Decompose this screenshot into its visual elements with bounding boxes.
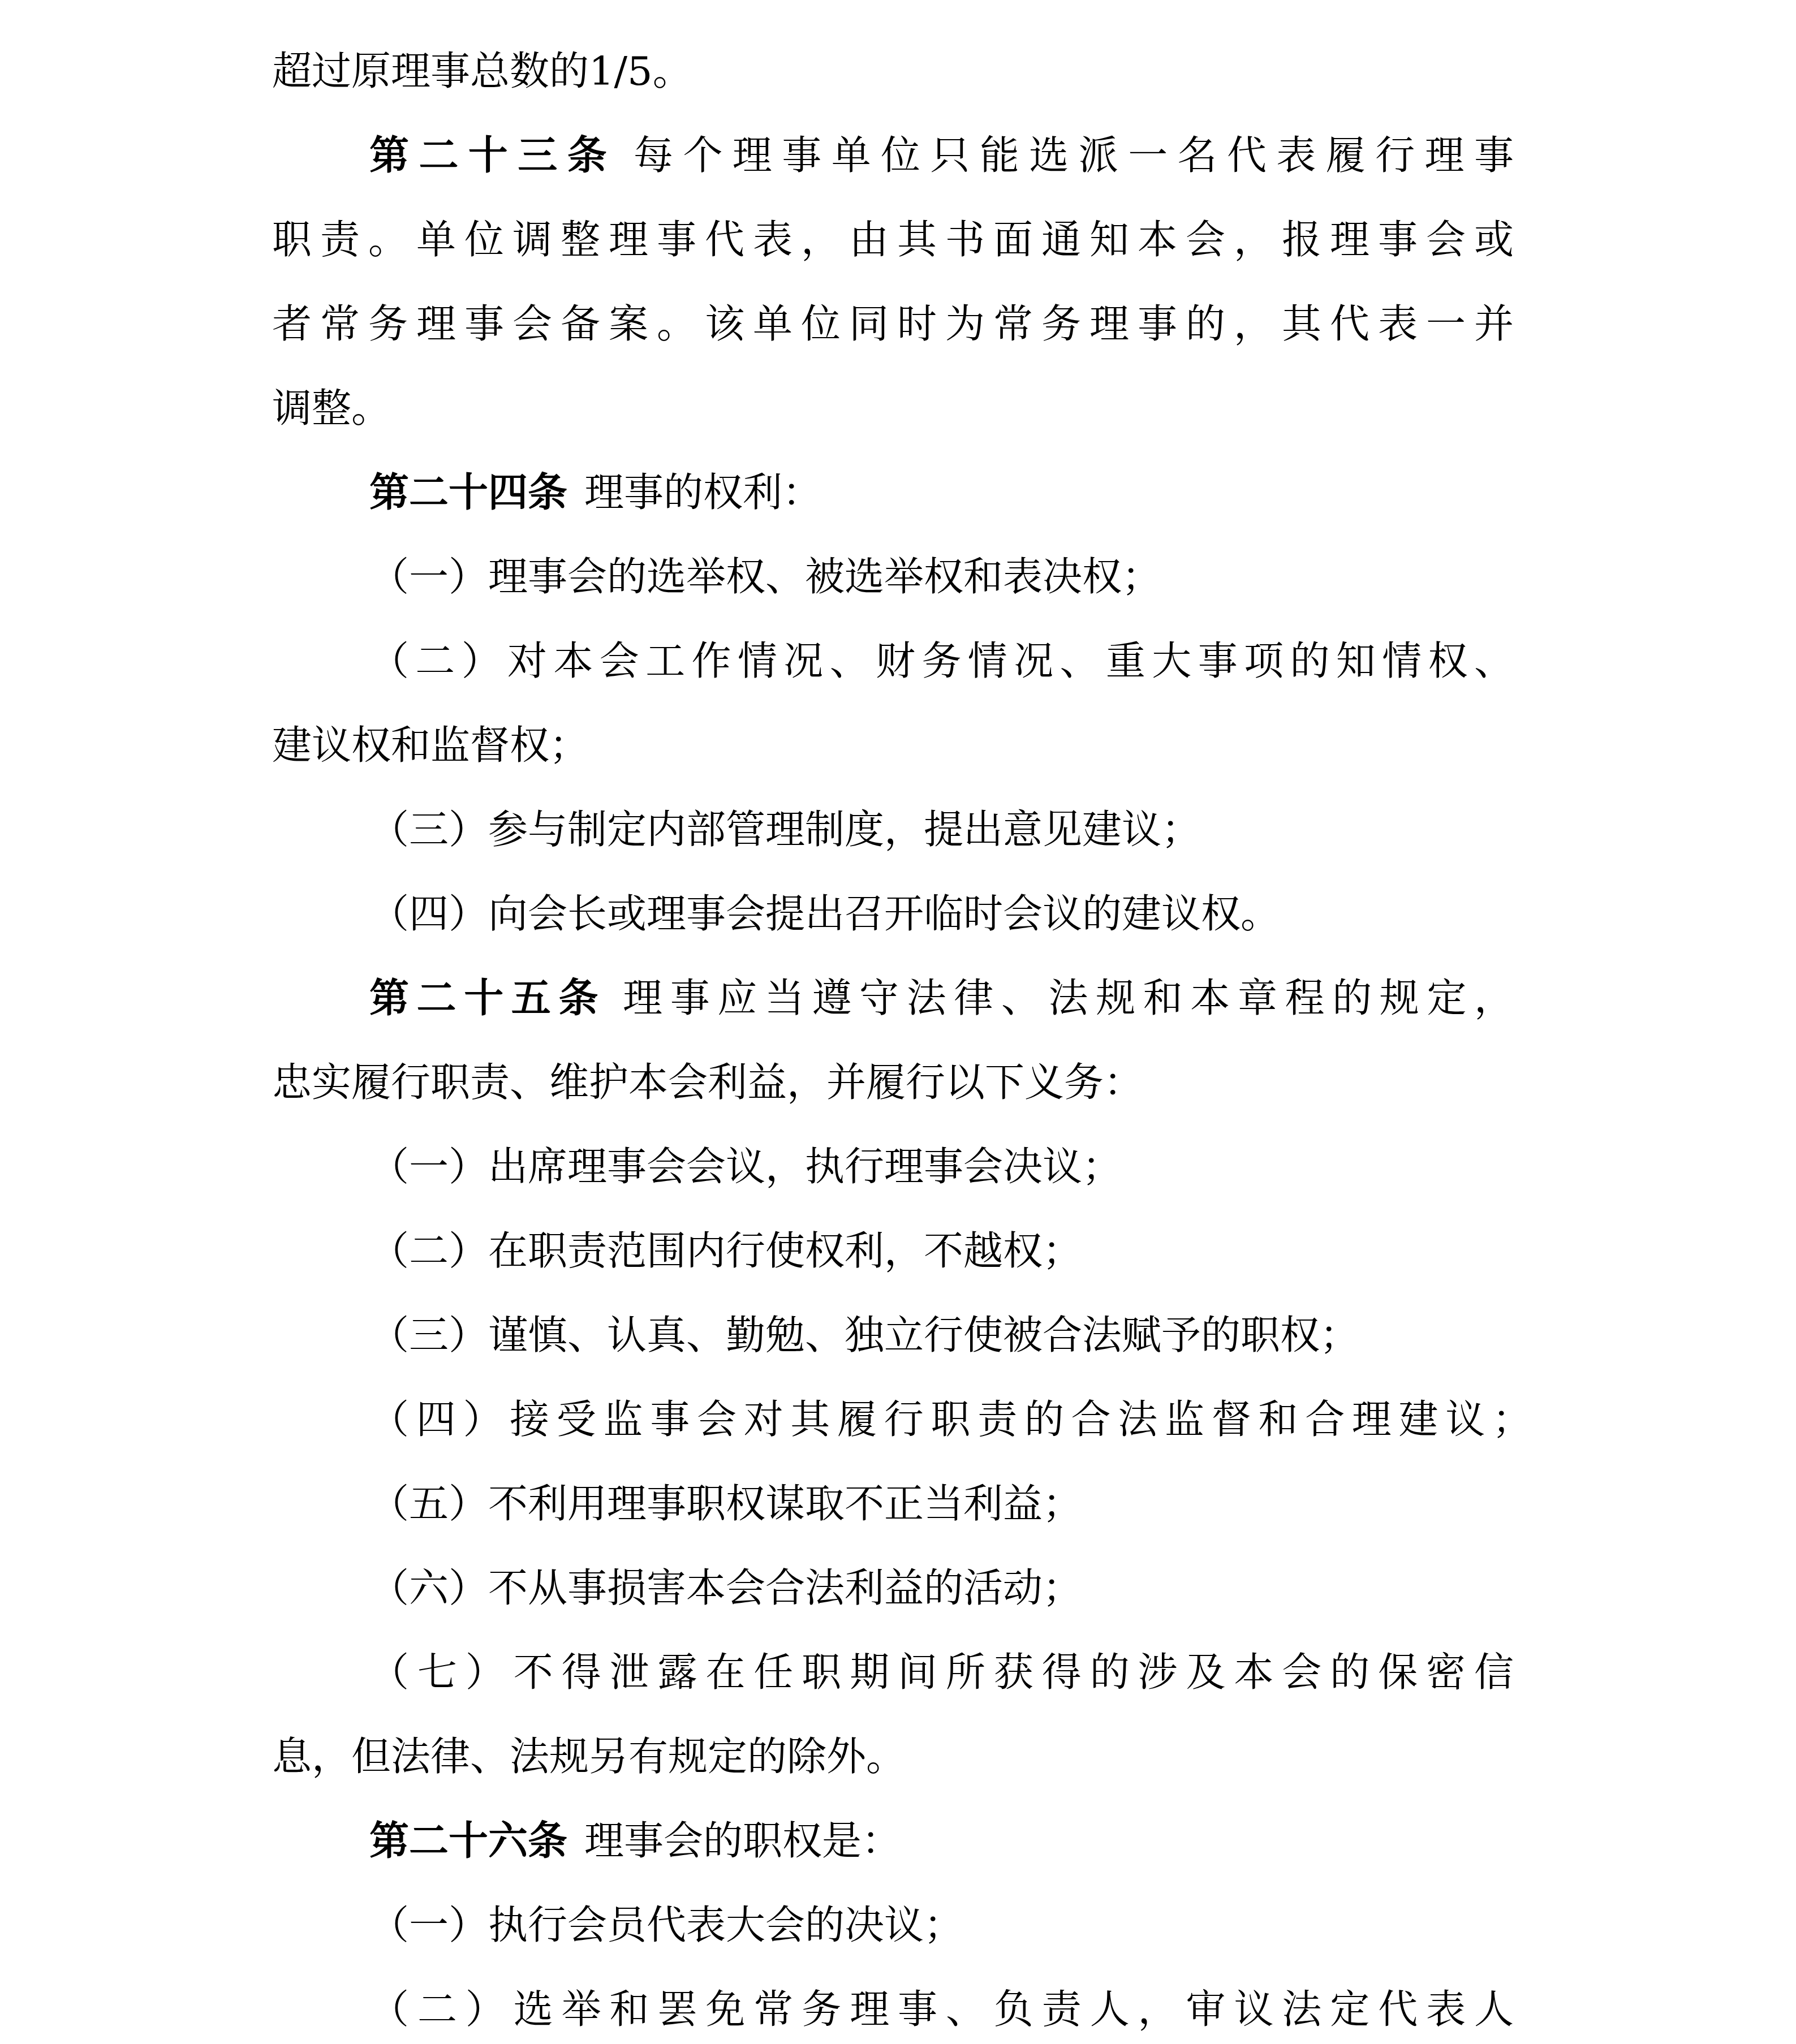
list-item: （六）不从事损害本会合法利益的活动； <box>369 1554 1082 1622</box>
text-line: 建议权和监督权； <box>272 711 589 779</box>
line-text: 理事的权利： <box>584 469 822 516</box>
line-text: （二）选举和罢免常务理事、负责人，审议法定代表人 <box>369 1986 1514 2033</box>
line-text: （一）理事会的选举权、被选举权和表决权； <box>369 554 1161 600</box>
line-text: 忠实履行职责、维护本会利益，并履行以下义务： <box>272 1059 1143 1106</box>
line-text: （一）出席理事会会议，执行理事会决议； <box>369 1144 1122 1190</box>
list-item: （五）不利用理事职权谋取不正当利益； <box>369 1470 1082 1538</box>
list-item: （四）接受监事会对其履行职责的合法监督和合理建议； <box>369 1386 1532 1454</box>
list-item: （一）执行会员代表大会的决议； <box>369 1891 963 1959</box>
article-number: 第二十六条 <box>369 1818 567 1864</box>
article-25-heading-line: 第二十五条理事应当遵守法律、法规和本章程的规定， <box>369 964 1514 1032</box>
list-item: （四）向会长或理事会提出召开临时会议的建议权。 <box>369 880 1280 948</box>
line-text: （四）向会长或理事会提出召开临时会议的建议权。 <box>369 891 1280 937</box>
line-text: （一）执行会员代表大会的决议； <box>369 1902 963 1948</box>
article-23-heading-line: 第二十三条每个理事单位只能选派一名代表履行理事 <box>369 122 1514 189</box>
line-text: （二）对本会工作情况、财务情况、重大事项的知情权、 <box>369 638 1514 684</box>
line-text: （二）在职责范围内行使权利，不越权； <box>369 1228 1082 1274</box>
list-item: （二）选举和罢免常务理事、负责人，审议法定代表人 <box>369 1976 1514 2043</box>
text-line: 息，但法律、法规另有规定的除外。 <box>272 1723 906 1791</box>
article-26-heading-line: 第二十六条理事会的职权是： <box>369 1807 901 1875</box>
list-item: （七）不得泄露在任职期间所获得的涉及本会的保密信 <box>369 1638 1514 1706</box>
line-text: 建议权和监督权； <box>272 722 589 769</box>
line-text: （四）接受监事会对其履行职责的合法监督和合理建议； <box>369 1396 1532 1443</box>
line-text: （三）谨慎、认真、勤勉、独立行使被合法赋予的职权； <box>369 1312 1359 1359</box>
line-text: （七）不得泄露在任职期间所获得的涉及本会的保密信 <box>369 1649 1514 1696</box>
text-line: 超过原理事总数的1/5。 <box>272 37 692 105</box>
article-number: 第二十五条 <box>369 975 606 1021</box>
line-text: （六）不从事损害本会合法利益的活动； <box>369 1565 1082 1611</box>
line-text: 职责。单位调整理事代表，由其书面通知本会，报理事会或 <box>272 217 1514 263</box>
line-text: （三）参与制定内部管理制度，提出意见建议； <box>369 807 1201 853</box>
article-24-heading-line: 第二十四条理事的权利： <box>369 459 822 527</box>
document-page: 超过原理事总数的1/5。 第二十三条每个理事单位只能选派一名代表履行理事 职责。… <box>0 0 1796 2044</box>
list-item: （二）对本会工作情况、财务情况、重大事项的知情权、 <box>369 627 1514 695</box>
list-item: （三）谨慎、认真、勤勉、独立行使被合法赋予的职权； <box>369 1301 1359 1369</box>
list-item: （二）在职责范围内行使权利，不越权； <box>369 1217 1082 1285</box>
text-line: 者常务理事会备案。该单位同时为常务理事的，其代表一并 <box>272 290 1514 358</box>
line-text: 理事应当遵守法律、法规和本章程的规定， <box>623 975 1514 1021</box>
line-text: 息，但法律、法规另有规定的除外。 <box>272 1733 906 1780</box>
text-line: 调整。 <box>272 374 391 442</box>
line-text: 超过原理事总数的1/5。 <box>272 48 692 94</box>
list-item: （一）理事会的选举权、被选举权和表决权； <box>369 543 1161 611</box>
line-text: 者常务理事会备案。该单位同时为常务理事的，其代表一并 <box>272 301 1514 347</box>
line-text: 理事会的职权是： <box>584 1818 901 1864</box>
article-number: 第二十四条 <box>369 469 567 516</box>
line-text: 每个理事单位只能选派一名代表履行理事 <box>634 132 1514 179</box>
list-item: （三）参与制定内部管理制度，提出意见建议； <box>369 796 1201 864</box>
line-text: （五）不利用理事职权谋取不正当利益； <box>369 1481 1082 1527</box>
text-line: 忠实履行职责、维护本会利益，并履行以下义务： <box>272 1049 1143 1116</box>
article-number: 第二十三条 <box>369 132 617 179</box>
line-text: 调整。 <box>272 385 391 432</box>
list-item: （一）出席理事会会议，执行理事会决议； <box>369 1133 1122 1201</box>
text-line: 职责。单位调整理事代表，由其书面通知本会，报理事会或 <box>272 206 1514 274</box>
